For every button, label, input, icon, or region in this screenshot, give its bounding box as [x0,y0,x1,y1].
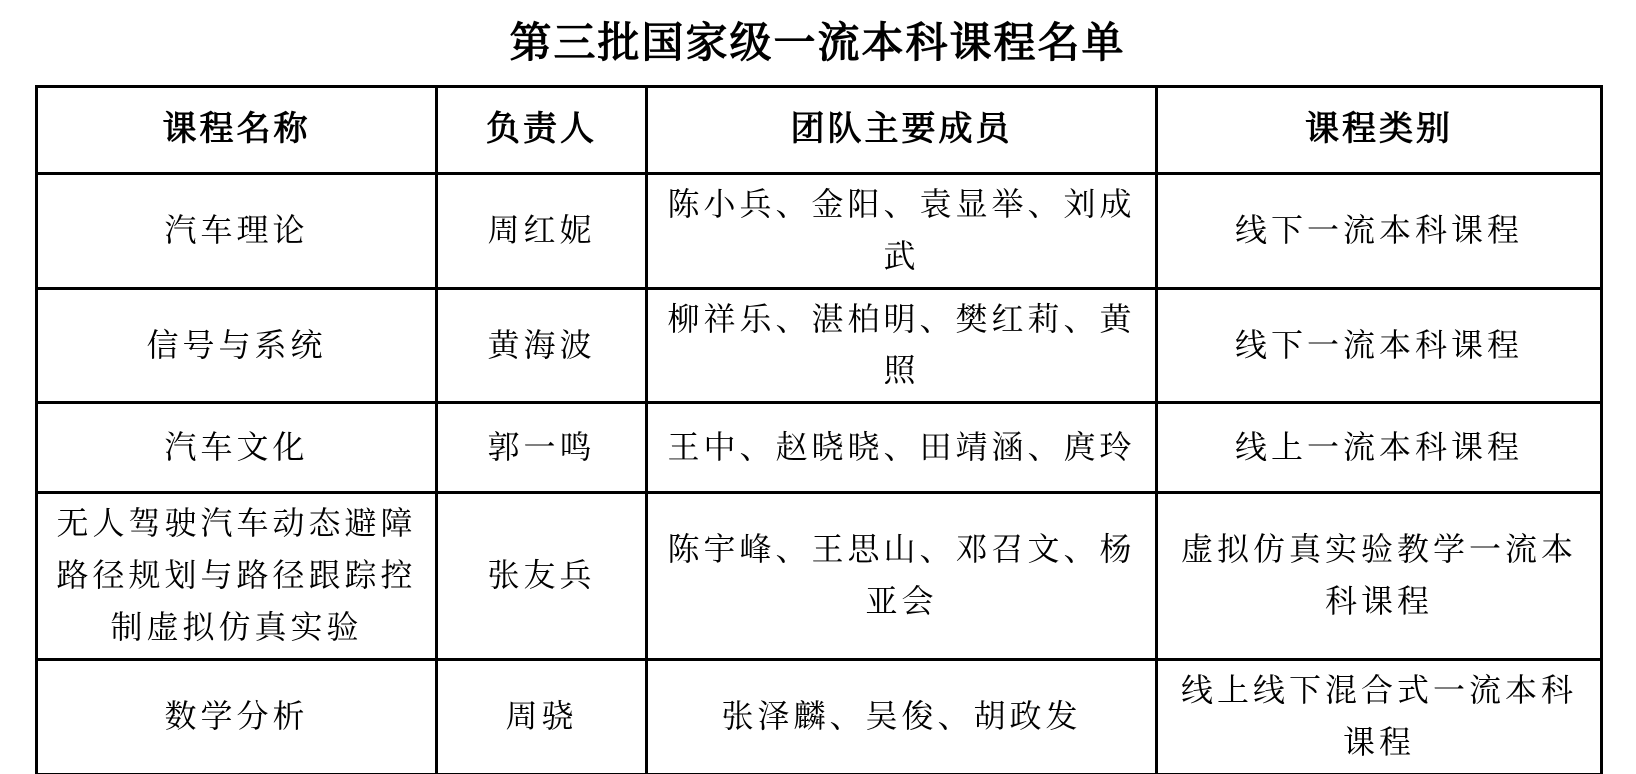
table-row: 无人驾驶汽车动态避障路径规划与路径跟踪控制虚拟仿真实验 张友兵 陈宇峰、王思山、… [37,493,1602,659]
cell-course-name: 无人驾驶汽车动态避障路径规划与路径跟踪控制虚拟仿真实验 [37,493,437,659]
cell-course-category: 虚拟仿真实验教学一流本科课程 [1157,493,1602,659]
cell-course-name: 汽车理论 [37,174,437,289]
cell-team-members: 柳祥乐、湛柏明、樊红莉、黄照 [647,288,1157,403]
table-header-row: 课程名称 负责人 团队主要成员 课程类别 [37,87,1602,174]
cell-team-members: 张泽麟、吴俊、胡政发 [647,659,1157,774]
cell-course-name: 信号与系统 [37,288,437,403]
cell-leader: 张友兵 [437,493,647,659]
header-team-members: 团队主要成员 [647,87,1157,174]
cell-course-category: 线上线下混合式一流本科课程 [1157,659,1602,774]
cell-course-category: 线上一流本科课程 [1157,403,1602,493]
document-page: 第三批国家级一流本科课程名单 课程名称 负责人 团队主要成员 课程类别 汽车理论… [0,0,1636,774]
cell-team-members: 陈小兵、金阳、袁显举、刘成武 [647,174,1157,289]
table-row: 信号与系统 黄海波 柳祥乐、湛柏明、樊红莉、黄照 线下一流本科课程 [37,288,1602,403]
course-table: 课程名称 负责人 团队主要成员 课程类别 汽车理论 周红妮 陈小兵、金阳、袁显举… [35,85,1603,774]
cell-leader: 周骁 [437,659,647,774]
cell-course-name: 数学分析 [37,659,437,774]
header-leader: 负责人 [437,87,647,174]
header-course-category: 课程类别 [1157,87,1602,174]
document-title: 第三批国家级一流本科课程名单 [35,14,1600,74]
cell-leader: 郭一鸣 [437,403,647,493]
cell-leader: 周红妮 [437,174,647,289]
cell-team-members: 陈宇峰、王思山、邓召文、杨亚会 [647,493,1157,659]
cell-course-name: 汽车文化 [37,403,437,493]
table-row: 数学分析 周骁 张泽麟、吴俊、胡政发 线上线下混合式一流本科课程 [37,659,1602,774]
header-course-name: 课程名称 [37,87,437,174]
cell-course-category: 线下一流本科课程 [1157,288,1602,403]
table-row: 汽车理论 周红妮 陈小兵、金阳、袁显举、刘成武 线下一流本科课程 [37,174,1602,289]
cell-course-category: 线下一流本科课程 [1157,174,1602,289]
table-row: 汽车文化 郭一鸣 王中、赵晓晓、田靖涵、庹玲 线上一流本科课程 [37,403,1602,493]
cell-leader: 黄海波 [437,288,647,403]
cell-team-members: 王中、赵晓晓、田靖涵、庹玲 [647,403,1157,493]
